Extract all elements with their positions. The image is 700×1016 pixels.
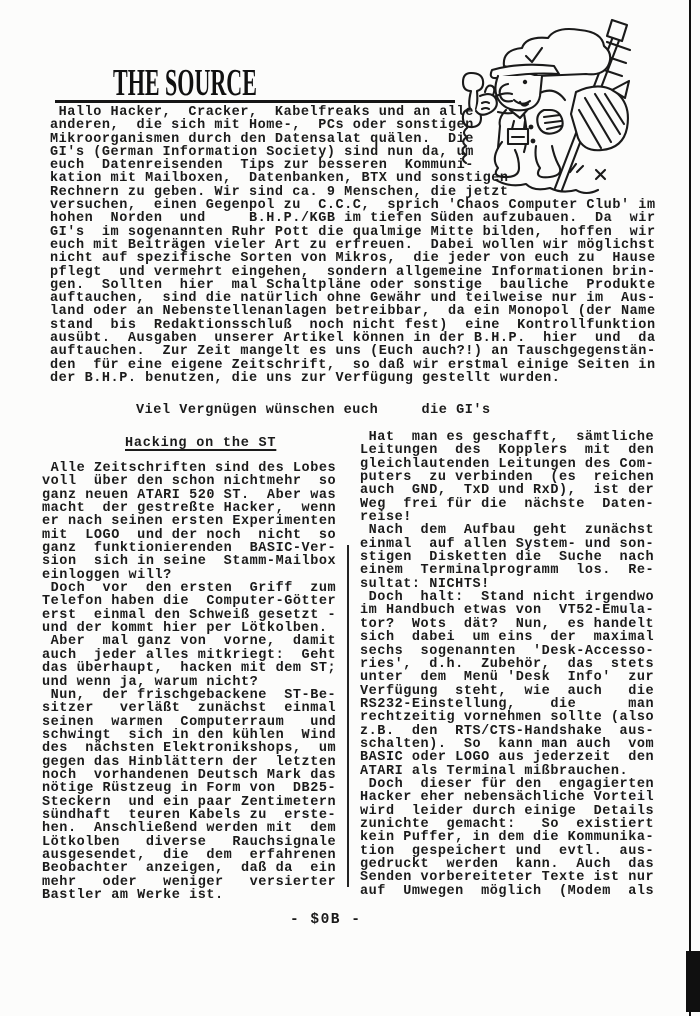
article-column-left: Alle Zeitschriften sind des Lobes voll ü… [42, 462, 336, 902]
scan-edge-line [689, 0, 691, 1016]
article-heading: Hacking on the ST [125, 436, 276, 451]
column-divider-rule [347, 545, 349, 887]
page-number: - $0B - [290, 912, 361, 928]
valediction-line: Viel Vergnügen wünschen euch die GI's [136, 403, 491, 418]
title-underline-rule [55, 100, 455, 103]
page-title: THE SOURCE [113, 64, 257, 102]
scan-edge-mark [686, 951, 700, 1012]
article-column-right: Hat man es geschafft, sämtliche Leitunge… [360, 431, 654, 898]
scanned-page: THE SOURCE [0, 0, 700, 1016]
intro-paragraph: Hallo Hacker, Cracker, Kabelfreaks und a… [50, 106, 656, 385]
